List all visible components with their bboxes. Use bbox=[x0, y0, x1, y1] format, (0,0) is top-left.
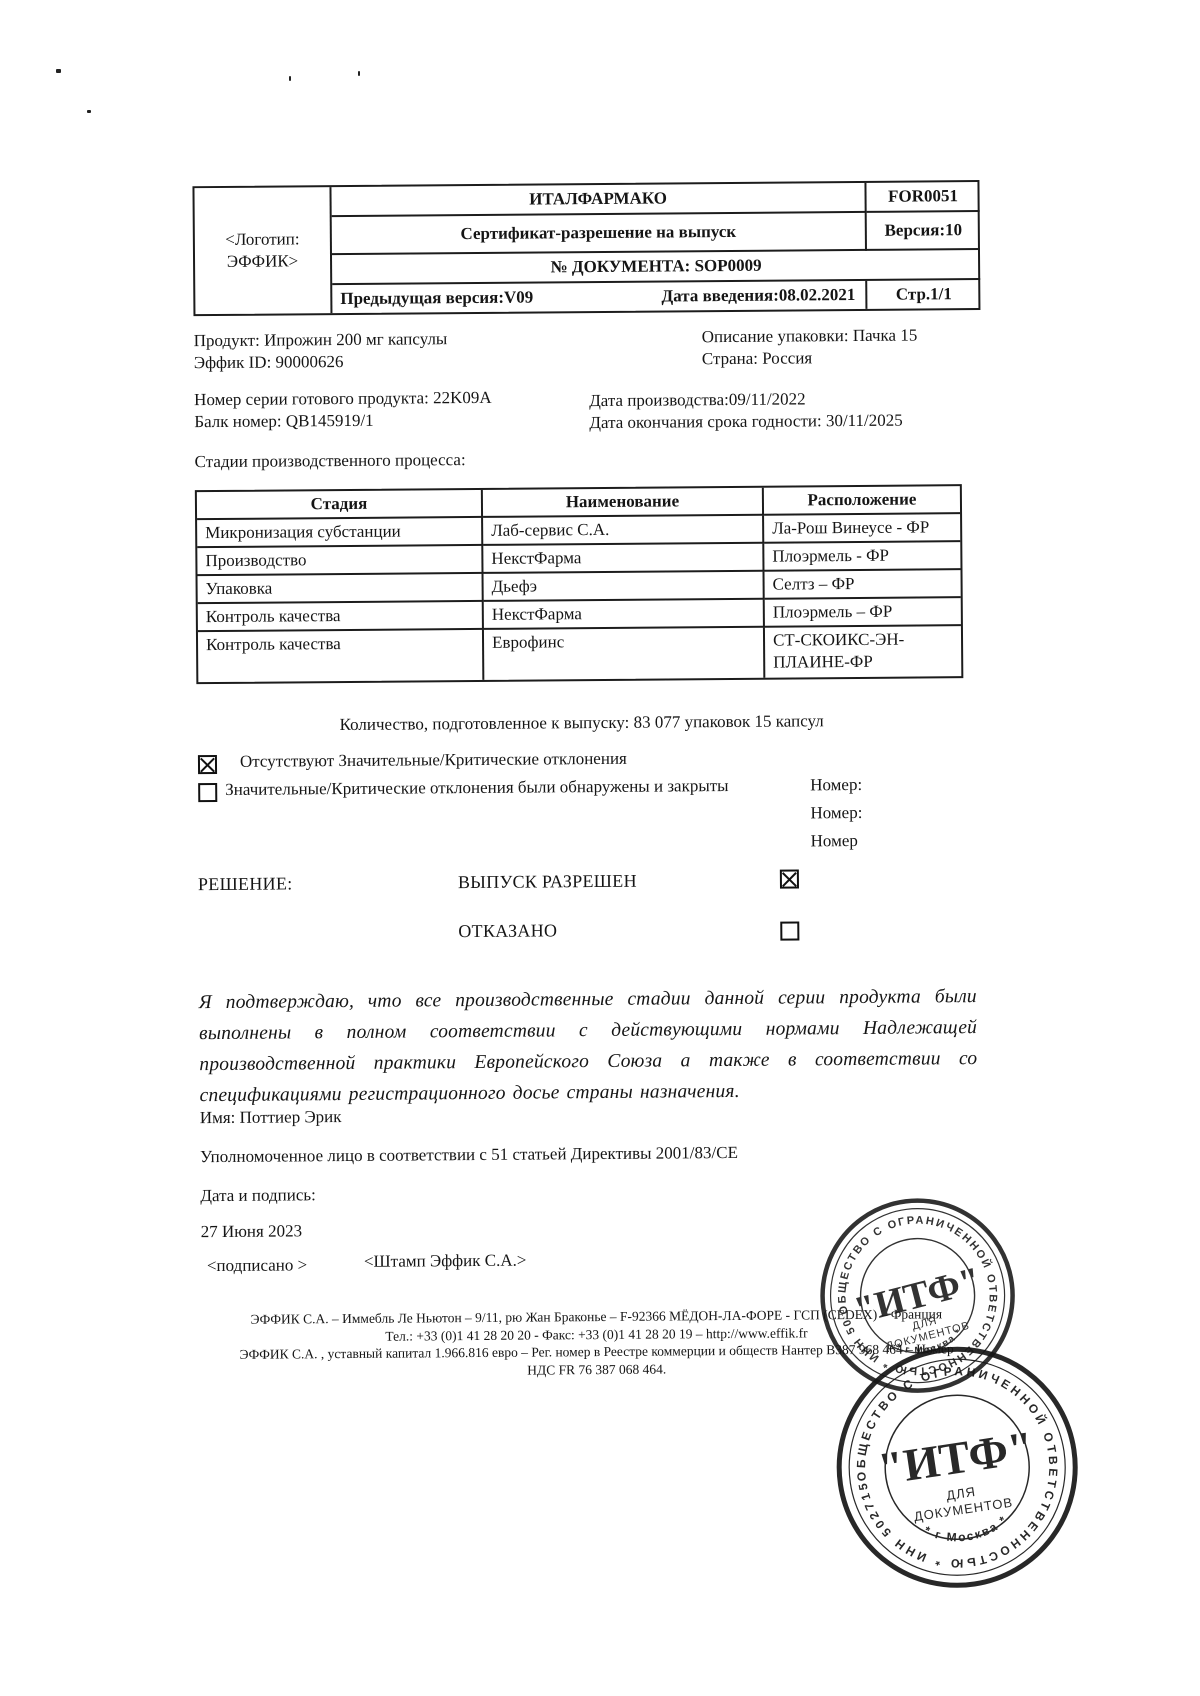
table-cell: Селтз – ФР bbox=[764, 570, 960, 600]
stamp-placeholder: <Штамп Эффик С.А.> bbox=[364, 1250, 527, 1273]
document-page: <Логотип: ЭФФИК> ИТАЛФАРМАКО FOR0051 Сер… bbox=[0, 0, 1200, 1696]
table-cell: Упаковка bbox=[198, 574, 484, 604]
stages-table: Стадия Наименование Расположение Микрони… bbox=[195, 484, 964, 684]
col-header-location: Расположение bbox=[764, 486, 960, 516]
logo-line1: <Логотип: bbox=[225, 228, 300, 251]
previous-version: Предыдущая версия:V09 bbox=[340, 288, 533, 310]
table-cell: НекстФарма bbox=[483, 544, 764, 574]
table-cell: Плоэрмель – ФР bbox=[765, 598, 961, 628]
col-header-name: Наименование bbox=[483, 488, 764, 518]
form-code: FOR0051 bbox=[866, 182, 979, 213]
closed-deviations-label: Значительные/Критические отклонения были… bbox=[225, 775, 729, 801]
table-cell: Плоэрмель - ФР bbox=[764, 542, 960, 572]
table-cell: НекстФарма bbox=[484, 600, 765, 630]
manufacture-date: Дата производства:09/11/2022 bbox=[589, 388, 806, 412]
col-header-stage: Стадия bbox=[197, 490, 483, 520]
bulk-number: Балк номер: QB145919/1 bbox=[194, 410, 374, 433]
table-cell: СТ-СКОИКС-ЭН-ПЛАИНЕ-ФР bbox=[765, 626, 961, 678]
quantity-line: Количество, подготовленное к выпуску: 83… bbox=[197, 709, 967, 737]
checkbox-rejected bbox=[780, 921, 799, 940]
table-cell: Производство bbox=[197, 546, 483, 576]
product-name: Продукт: Ипрожин 200 мг капсулы bbox=[194, 328, 448, 352]
batch-number: Номер серии готового продукта: 22K09A bbox=[194, 387, 492, 411]
signed-placeholder: <подписано > bbox=[207, 1254, 307, 1277]
date-signature-label: Дата и подпись: bbox=[200, 1184, 316, 1207]
introduction-date: Дата введения:08.02.2021 bbox=[661, 285, 855, 307]
authorized-person-line: Уполномоченное лицо в соответствии с 51 … bbox=[200, 1142, 738, 1168]
logo-line2: ЭФФИК> bbox=[227, 250, 299, 273]
header-row4: Предыдущая версия:V09 Дата введения:08.0… bbox=[332, 281, 867, 313]
checkbox-no-deviations bbox=[198, 755, 217, 774]
table-cell: Микронизация субстанции bbox=[197, 518, 483, 548]
table-cell: Ла-Рош Винеусе - ФР bbox=[764, 514, 960, 544]
logo-placeholder: <Логотип: ЭФФИК> bbox=[194, 187, 332, 314]
table-cell: Контроль качества bbox=[198, 630, 484, 682]
confirmation-paragraph: Я подтверждаю, что все производственные … bbox=[199, 981, 978, 1111]
expiry-date: Дата окончания срока годности: 30/11/202… bbox=[589, 410, 903, 434]
pack-description: Описание упаковки: Пачка 15 bbox=[702, 325, 918, 349]
no-deviations-label: Отсутствуют Значительные/Критические отк… bbox=[240, 748, 627, 773]
number-label-2: Номер: bbox=[810, 802, 862, 824]
decision-label: РЕШЕНИЕ: bbox=[198, 872, 293, 895]
table-cell: Дьефэ bbox=[484, 572, 765, 602]
document-title: Сертификат-разрешение на выпуск bbox=[332, 213, 867, 255]
page-number: Стр.1/1 bbox=[867, 280, 980, 309]
table-cell: Еврофинс bbox=[484, 628, 765, 680]
stamp-seal-icon: ОБЩЕСТВО С ОГРАНИЧЕННОЙ ОТВЕТСТВЕННОСТЬЮ… bbox=[816, 1326, 1098, 1608]
signature-date: 27 Июня 2023 bbox=[201, 1220, 303, 1243]
table-cell: Лаб-сервис С.А. bbox=[483, 516, 764, 546]
decision-rejected-label: ОТКАЗАНО bbox=[458, 919, 557, 942]
version: Версия:10 bbox=[867, 212, 980, 251]
checkbox-closed-deviations bbox=[198, 783, 217, 802]
number-label-3: Номер bbox=[811, 830, 858, 852]
checkbox-approved bbox=[780, 869, 799, 888]
effik-id: Эффик ID: 90000626 bbox=[194, 351, 344, 374]
round-stamp-lower: ОБЩЕСТВО С ОГРАНИЧЕННОЙ ОТВЕТСТВЕННОСТЬЮ… bbox=[816, 1326, 1098, 1613]
stages-caption: Стадии производственного процесса: bbox=[195, 449, 466, 473]
country: Страна: Россия bbox=[702, 347, 813, 370]
company-name: ИТАЛФАРМАКО bbox=[331, 183, 866, 217]
document-content: <Логотип: ЭФФИК> ИТАЛФАРМАКО FOR0051 Сер… bbox=[0, 0, 1200, 1696]
signatory-name: Имя: Поттиер Эрик bbox=[200, 1106, 342, 1129]
stamp-center-text: "ИТФ" bbox=[875, 1421, 1037, 1494]
number-label-1: Номер: bbox=[810, 774, 862, 796]
decision-approved-label: ВЫПУСК РАЗРЕШЕН bbox=[458, 870, 637, 893]
header-table: <Логотип: ЭФФИК> ИТАЛФАРМАКО FOR0051 Сер… bbox=[192, 180, 980, 316]
table-cell: Контроль качества bbox=[198, 602, 484, 632]
